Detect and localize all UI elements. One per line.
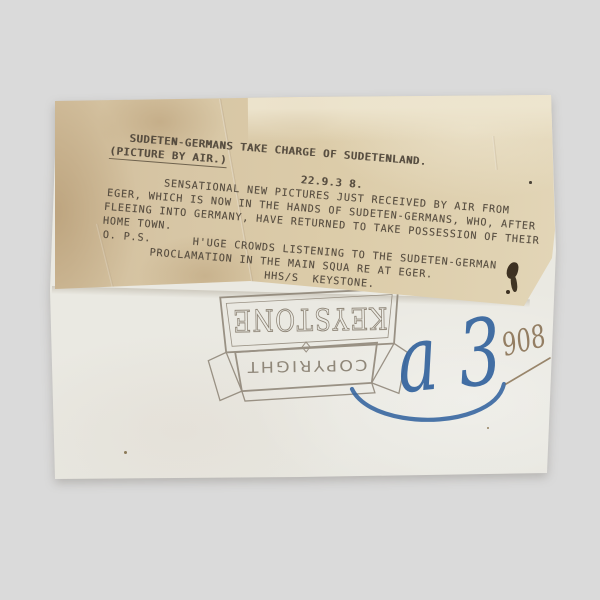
paper-speck [487,427,489,429]
slip-light-band [248,92,556,143]
paper-speck [124,451,127,454]
slip-speck [529,181,532,184]
press-photo-object: KEYSTONE COPYRIGHT a 3 908 SUDETEN-GERMA… [0,0,600,600]
caption-date: 22.9.3 8. [300,175,363,191]
ink-blot [503,260,527,298]
handwritten-blue-code: a 3 [393,312,506,414]
photo-back-scene: KEYSTONE COPYRIGHT a 3 908 SUDETEN-GERMA… [0,0,600,600]
handwritten-sepia-code: 908 [498,318,549,364]
handwritten-annotation: a 3 908 [338,312,563,430]
